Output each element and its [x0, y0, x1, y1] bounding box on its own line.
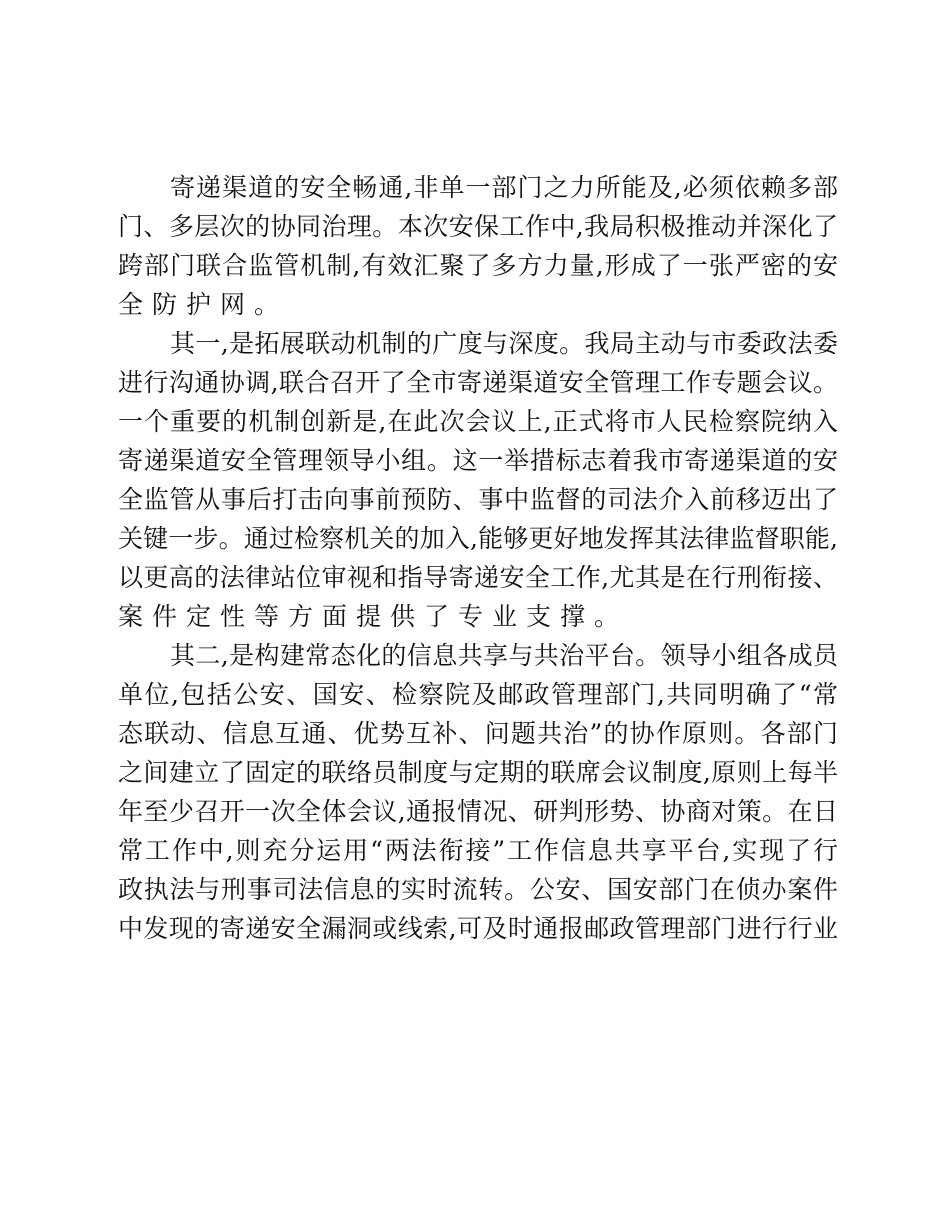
text-line: 案件定性等方面提供了专业支撑。 [118, 597, 838, 636]
document-body: 寄递渠道的安全畅通,非单一部门之力所能及,必须依赖多部 门、多层次的协同治理。本… [118, 168, 838, 948]
text-line: 单位,包括公安、国安、检察院及邮政管理部门,共同明确了“常 [118, 675, 838, 714]
text-line: 全防护网。 [118, 285, 838, 324]
text-line: 门、多层次的协同治理。本次安保工作中,我局积极推动并深化了 [118, 207, 838, 246]
paragraph-2: 其一,是拓展联动机制的广度与深度。我局主动与市委政法委 进行沟通协调,联合召开了… [118, 324, 838, 636]
text-line: 寄递渠道的安全畅通,非单一部门之力所能及,必须依赖多部 [118, 168, 838, 207]
text-line: 中发现的寄递安全漏洞或线索,可及时通报邮政管理部门进行行业 [118, 909, 838, 948]
text-line: 关键一步。通过检察机关的加入,能够更好地发挥其法律监督职能, [118, 519, 838, 558]
text-line: 其二,是构建常态化的信息共享与共治平台。领导小组各成员 [118, 636, 838, 675]
text-line: 年至少召开一次全体会议,通报情况、研判形势、协商对策。在日 [118, 792, 838, 831]
text-line: 以更高的法律站位审视和指导寄递安全工作,尤其是在行刑衔接、 [118, 558, 838, 597]
text-line: 之间建立了固定的联络员制度与定期的联席会议制度,原则上每半 [118, 753, 838, 792]
text-line: 一个重要的机制创新是,在此次会议上,正式将市人民检察院纳入 [118, 402, 838, 441]
paragraph-3: 其二,是构建常态化的信息共享与共治平台。领导小组各成员 单位,包括公安、国安、检… [118, 636, 838, 948]
text-line: 全监管从事后打击向事前预防、事中监督的司法介入前移迈出了 [118, 480, 838, 519]
paragraph-1: 寄递渠道的安全畅通,非单一部门之力所能及,必须依赖多部 门、多层次的协同治理。本… [118, 168, 838, 324]
text-line: 常工作中,则充分运用“两法衔接”工作信息共享平台,实现了行 [118, 831, 838, 870]
text-line: 政执法与刑事司法信息的实时流转。公安、国安部门在侦办案件 [118, 870, 838, 909]
text-line: 进行沟通协调,联合召开了全市寄递渠道安全管理工作专题会议。 [118, 363, 838, 402]
text-line: 其一,是拓展联动机制的广度与深度。我局主动与市委政法委 [118, 324, 838, 363]
text-line: 跨部门联合监管机制,有效汇聚了多方力量,形成了一张严密的安 [118, 246, 838, 285]
document-page: 寄递渠道的安全畅通,非单一部门之力所能及,必须依赖多部 门、多层次的协同治理。本… [0, 0, 950, 1230]
text-line: 寄递渠道安全管理领导小组。这一举措标志着我市寄递渠道的安 [118, 441, 838, 480]
text-line: 态联动、信息互通、优势互补、问题共治”的协作原则。各部门 [118, 714, 838, 753]
